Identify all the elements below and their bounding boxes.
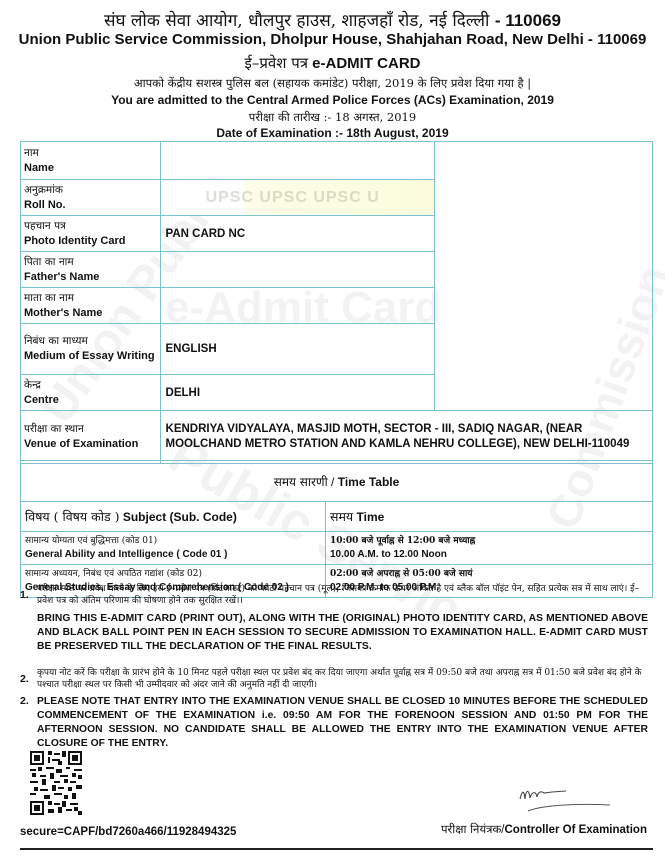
- time-table: समय सारणी / Time Table विषय ( विषय कोड )…: [20, 460, 653, 598]
- col-subject-en: Subject (Sub. Code): [123, 510, 237, 524]
- label-hi: अनुक्रमांक: [24, 183, 157, 198]
- timetable-title: समय सारणी / Time Table: [21, 461, 653, 502]
- controller-of-examination: परीक्षा नियंत्रक/Controller Of Examinati…: [441, 822, 647, 837]
- value-venue: KENDRIYA VIDYALAYA, MASJID MOTH, SECTOR …: [160, 411, 652, 464]
- instruction-1: 1. परीक्षा स्थल पर प्रवेश करने के लिए इस…: [20, 583, 648, 654]
- label-en: Name: [24, 161, 157, 176]
- instruction-number: 2.: [20, 673, 29, 685]
- label-centre: केन्द्रCentre: [21, 375, 161, 411]
- label-hi: निबंध का माध्यम: [24, 334, 157, 349]
- admission-note-hindi: आपको केंद्रीय सशस्त्र पुलिस बल (सहायक कम…: [0, 76, 665, 91]
- signature-icon: [510, 777, 620, 817]
- label-hi: नाम: [24, 146, 157, 161]
- label-hi: पहचान पत्र: [24, 219, 157, 234]
- timetable-title-row: समय सारणी / Time Table: [21, 461, 653, 502]
- instruction-2-english: 2. PLEASE NOTE THAT ENTRY INTO THE EXAMI…: [20, 695, 648, 751]
- instruction-2-hindi: 2. कृपया नोट करें कि परीक्षा के प्रारंभ …: [20, 667, 648, 691]
- subject-cell: सामान्य योग्यता एवं बुद्धिमत्ता (कोड 01)…: [21, 532, 326, 565]
- title-en: Time Table: [338, 475, 400, 489]
- col-subject-hi: विषय ( विषय कोड ): [25, 509, 120, 524]
- label-en: Mother's Name: [24, 306, 157, 321]
- org-name-hindi-text: संघ लोक सेवा आयोग, धौलपुर हाउस, शाहजहाँ …: [104, 11, 489, 31]
- instruction-english: BRING THIS E-ADMIT CARD (PRINT OUT), ALO…: [20, 612, 648, 654]
- instruction-number: 1.: [20, 589, 29, 601]
- document-title: ई–प्रवेश पत्र e-ADMIT CARD: [0, 53, 665, 73]
- value-name: [160, 142, 434, 180]
- label-essay-medium: निबंध का माध्यमMedium of Essay Writing: [21, 324, 161, 375]
- photo-signature-area: [434, 142, 652, 411]
- col-time: समय Time: [326, 502, 653, 532]
- title-english: e-ADMIT CARD: [312, 55, 420, 72]
- value-essay-medium: ENGLISH: [160, 324, 434, 375]
- label-name: नामName: [21, 142, 161, 180]
- admission-note-english: You are admitted to the Central Armed Po…: [0, 93, 665, 107]
- exam-date-english: Date of Examination :- 18th August, 2019: [0, 126, 665, 140]
- qr-code-icon: [30, 751, 82, 815]
- instruction-hindi: परीक्षा स्थल पर प्रवेश करने के लिए इस ई–…: [20, 583, 648, 607]
- subject-hi: सामान्य अध्ययन, निबंध एवं अपठित गद्यांश …: [25, 568, 321, 581]
- col-time-hi: समय: [330, 509, 353, 524]
- subject-hi: सामान्य योग्यता एवं बुद्धिमत्ता (कोड 01): [25, 535, 321, 548]
- time-cell: 10:00 बजे पूर्वाह्न से 12:00 बजे मध्याह्…: [326, 532, 653, 565]
- timetable-row: सामान्य योग्यता एवं बुद्धिमत्ता (कोड 01)…: [21, 532, 653, 565]
- org-name-hindi: संघ लोक सेवा आयोग, धौलपुर हाउस, शाहजहाँ …: [0, 8, 665, 31]
- instruction-english: PLEASE NOTE THAT ENTRY INTO THE EXAMINAT…: [20, 695, 648, 751]
- row-name: नामName: [21, 142, 653, 180]
- instruction-hindi: कृपया नोट करें कि परीक्षा के प्रारंभ होन…: [20, 667, 648, 691]
- label-en: Medium of Essay Writing: [24, 349, 157, 364]
- label-hi: केन्द्र: [24, 378, 157, 393]
- org-pin: - 110069: [495, 11, 561, 30]
- controller-en: Controller Of Examination: [505, 824, 648, 836]
- label-en: Venue of Examination: [24, 437, 157, 452]
- instruction-number: 2.: [20, 695, 29, 707]
- value-photo-id: PAN CARD NC: [160, 216, 434, 252]
- timetable-header-row: विषय ( विषय कोड ) Subject (Sub. Code) सम…: [21, 502, 653, 532]
- roll-watermark: UPSC UPSC UPSC U: [166, 189, 380, 206]
- secure-code: secure=CAPF/bd7260a466/11928494325: [20, 826, 236, 838]
- footer-divider: [20, 848, 653, 850]
- label-en: Roll No.: [24, 198, 157, 213]
- label-photo-id: पहचान पत्रPhoto Identity Card: [21, 216, 161, 252]
- label-mother-name: माता का नामMother's Name: [21, 288, 161, 324]
- org-name-english: Union Public Service Commission, Dholpur…: [0, 31, 665, 48]
- value-mother-name: [160, 288, 434, 324]
- value-roll-no: UPSC UPSC UPSC U: [160, 180, 434, 216]
- separator: /: [331, 475, 334, 489]
- value-centre: DELHI: [160, 375, 434, 411]
- label-hi: माता का नाम: [24, 291, 157, 306]
- controller-hi: परीक्षा नियंत्रक: [441, 822, 501, 836]
- label-venue: परीक्षा का स्थानVenue of Examination: [21, 411, 161, 464]
- subject-en: General Ability and Intelligence ( Code …: [25, 548, 321, 561]
- label-en: Centre: [24, 393, 157, 408]
- title-hindi: ई–प्रवेश पत्र: [244, 54, 308, 72]
- label-hi: पिता का नाम: [24, 255, 157, 270]
- label-roll-no: अनुक्रमांकRoll No.: [21, 180, 161, 216]
- col-time-en: Time: [357, 510, 385, 524]
- title-hi: समय सारणी: [274, 475, 328, 489]
- exam-date-hindi: परीक्षा की तारीख :- 18 अगस्त, 2019: [0, 110, 665, 125]
- label-en: Father's Name: [24, 270, 157, 285]
- row-venue: परीक्षा का स्थानVenue of Examination KEN…: [21, 411, 653, 464]
- col-subject: विषय ( विषय कोड ) Subject (Sub. Code): [21, 502, 326, 532]
- candidate-info-table: नामName अनुक्रमांकRoll No. UPSC UPSC UPS…: [20, 141, 653, 464]
- value-father-name: [160, 252, 434, 288]
- label-hi: परीक्षा का स्थान: [24, 422, 157, 437]
- time-hi: 10:00 बजे पूर्वाह्न से 12:00 बजे मध्याह्…: [330, 535, 648, 548]
- time-en: 10.00 A.M. to 12.00 Noon: [330, 548, 648, 561]
- label-en: Photo Identity Card: [24, 234, 157, 249]
- label-father-name: पिता का नामFather's Name: [21, 252, 161, 288]
- time-hi: 02:00 बजे अपराह्न से 05:00 बजे सायं: [330, 568, 648, 581]
